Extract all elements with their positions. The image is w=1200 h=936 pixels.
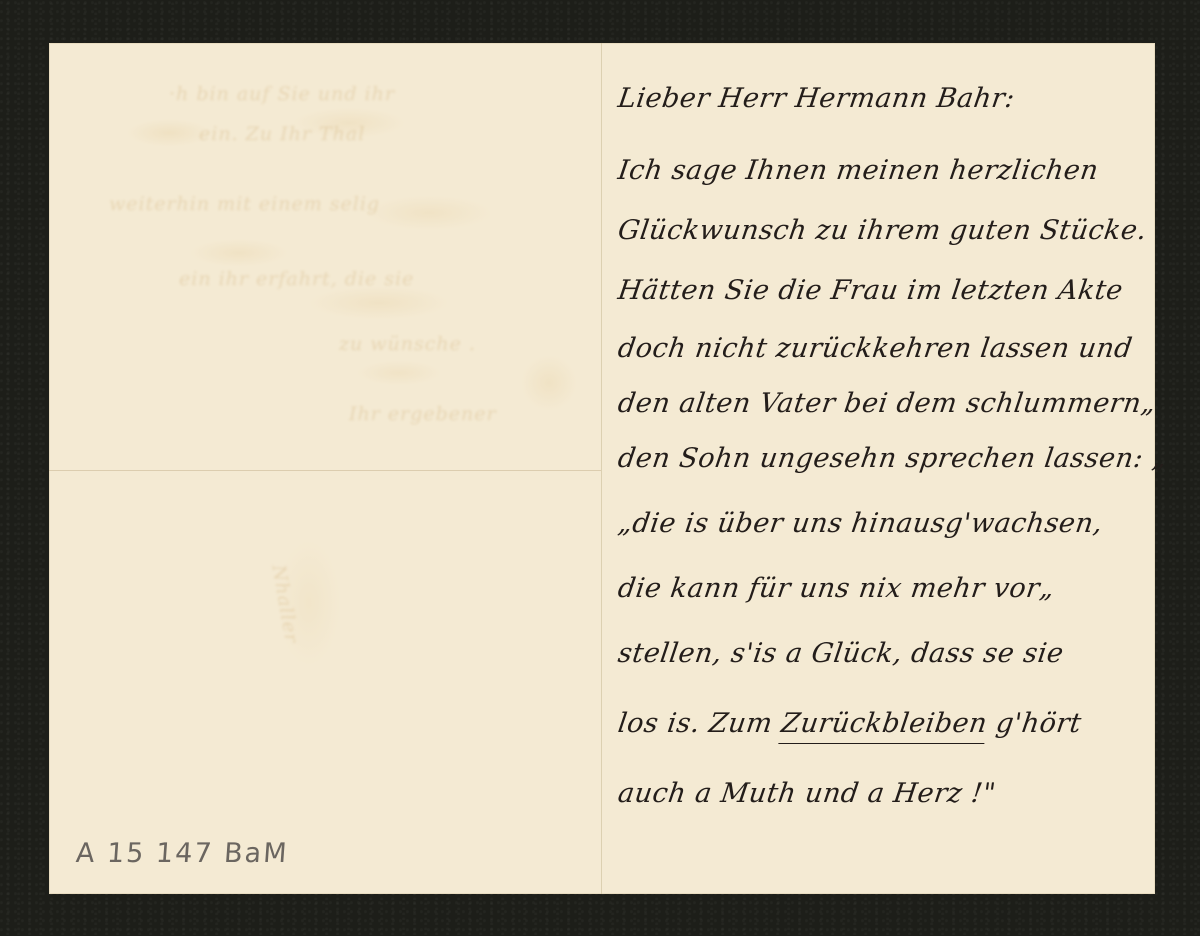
letter-line: stellen, s'is a Glück, dass se sie [616, 638, 1066, 669]
letter-line: den alten Vater bei dem schlummern„ [616, 388, 1158, 419]
right-page: Lieber Herr Hermann Bahr: Ich sage Ihnen… [602, 43, 1155, 894]
letter-line: „die is über uns hinausg'wachsen, [616, 508, 1105, 539]
underlined-word: Zurückbleiben [779, 708, 990, 744]
letter-line: doch nicht zurückkehren lassen und [616, 333, 1134, 364]
show-through-line: Ihr ergebener [349, 403, 497, 425]
letter-line: los is. Zum Zurückbleiben g'hört [616, 708, 1084, 739]
letter-line: die kann für uns nix mehr vor„ [616, 573, 1056, 604]
show-through-line: Nhaller [267, 563, 303, 645]
letter-line: den Sohn ungesehn sprechen lassen: „ [616, 443, 1169, 474]
letter-line: Hätten Sie die Frau im letzten Akte [616, 275, 1125, 306]
show-through-line: ein. Zu Ihr Thal [199, 123, 365, 145]
left-page: ·h bin auf Sie und ihr ein. Zu Ihr Thal … [49, 43, 601, 894]
show-through-line: zu wünsche . [339, 333, 476, 355]
letter-sheet: ·h bin auf Sie und ihr ein. Zu Ihr Thal … [49, 43, 1155, 894]
archive-number: A 15 147 BaM [75, 838, 290, 869]
horizontal-fold [49, 470, 601, 471]
show-through-line: ein ihr erfahrt, die sie [179, 268, 414, 290]
show-through-line: weiterhin mit einem selig [109, 193, 380, 215]
letter-line: Glückwunsch zu ihrem guten Stücke. [616, 215, 1149, 246]
letter-line: Ich sage Ihnen meinen herzlichen [616, 155, 1101, 186]
salutation: Lieber Herr Hermann Bahr: [616, 83, 1017, 114]
line-text: los is. Zum [616, 708, 784, 739]
line-text: g'hört [985, 708, 1084, 739]
closing-line: auch a Muth und a Herz !" [616, 778, 998, 809]
show-through-line: ·h bin auf Sie und ihr [169, 83, 395, 105]
